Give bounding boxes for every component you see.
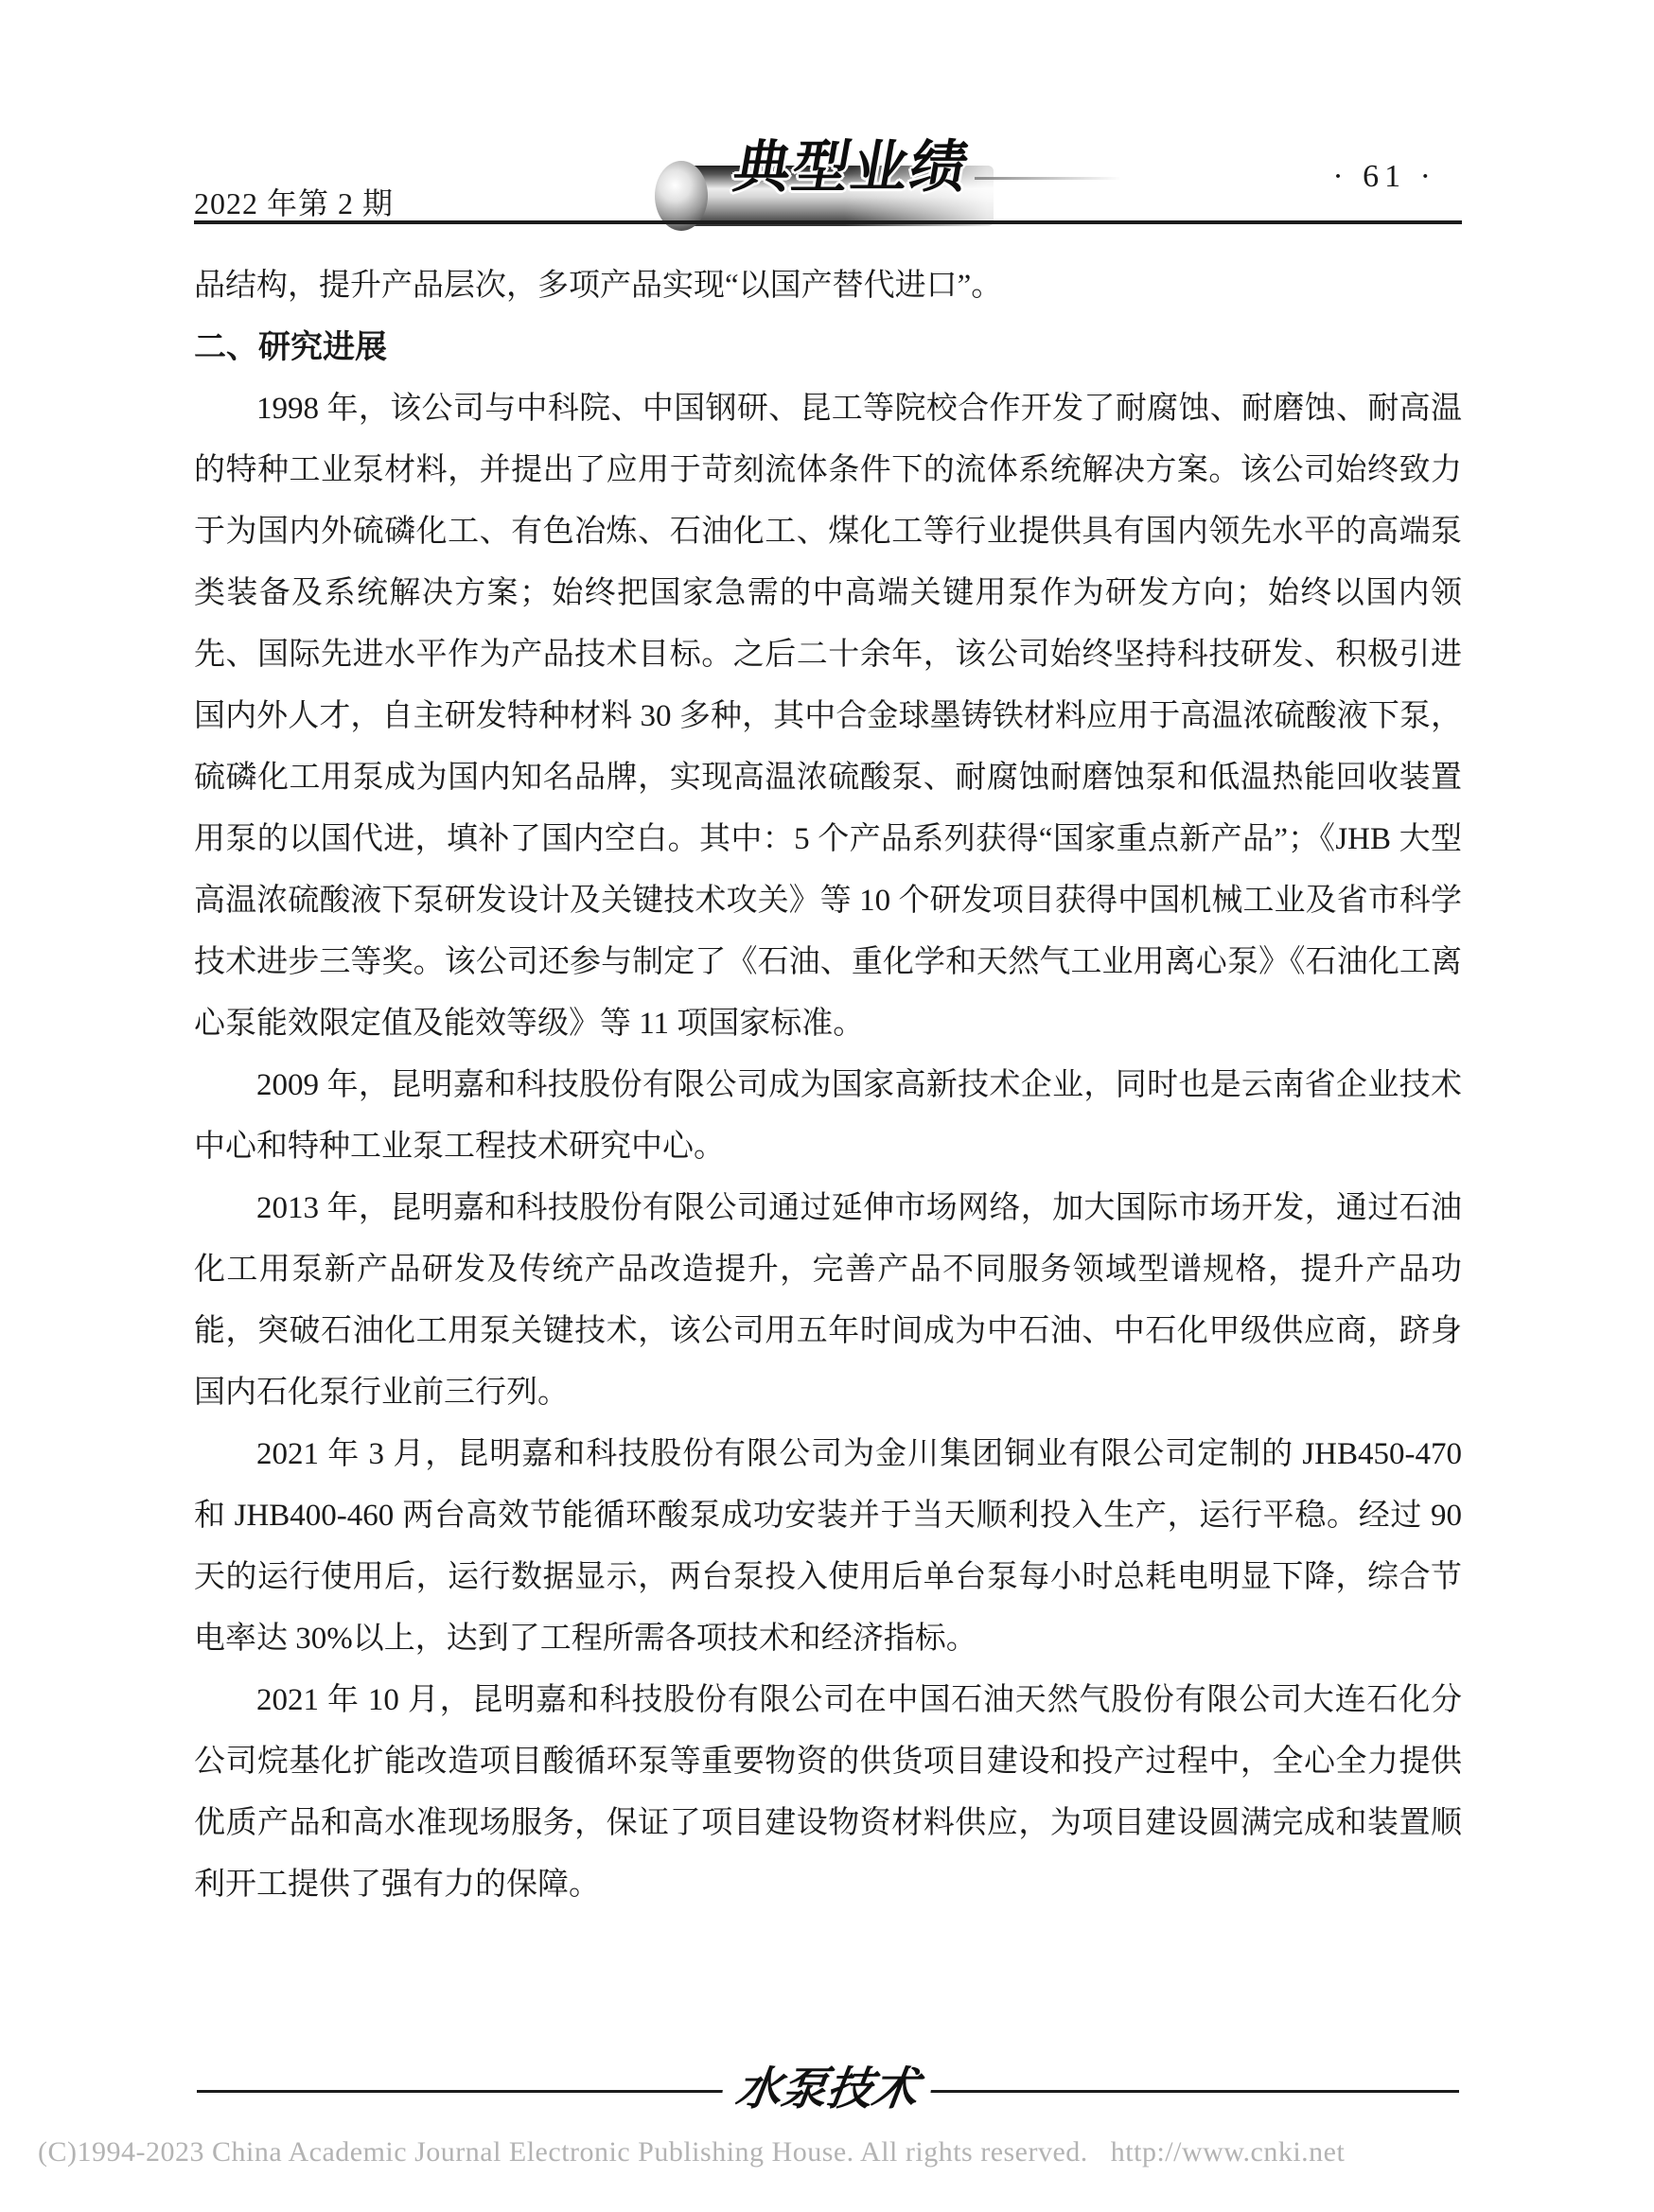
journal-page: 2022 年第 2 期 典型业绩 · 61 · 品结构，提升产品层次，多项产品实… [0,0,1654,2212]
banner-title: 典型业绩 [730,139,975,196]
journal-logo: 水泵技术 [719,2061,935,2117]
article-body: 品结构，提升产品层次，多项产品实现“以国产替代进口”。 二、研究进展 1998 … [194,255,1462,1916]
section-banner: 典型业绩 [653,118,1145,237]
paragraph: 2021 年 10 月，昆明嘉和科技股份有限公司在中国石油天然气股份有限公司大连… [194,1670,1462,1916]
paragraph-continuation: 品结构，提升产品层次，多项产品实现“以国产替代进口”。 [194,255,1462,317]
paragraph: 2009 年，昆明嘉和科技股份有限公司成为国家高新技术企业，同时也是云南省企业技… [194,1055,1462,1178]
section-heading: 二、研究进展 [194,317,1462,378]
header-rule [194,220,1462,224]
issue-label: 2022 年第 2 期 [194,180,394,223]
paragraph: 2021 年 3 月，昆明嘉和科技股份有限公司为金川集团铜业有限公司定制的 JH… [194,1424,1462,1670]
page-number: · 61 · [1332,159,1436,195]
paragraph: 1998 年，该公司与中科院、中国钢研、昆工等院校合作开发了耐腐蚀、耐磨蚀、耐高… [194,378,1462,1055]
copyright-notice: (C)1994-2023 China Academic Journal Elec… [38,2136,1345,2168]
paragraph: 2013 年，昆明嘉和科技股份有限公司通过延伸市场网络，加大国际市场开发，通过石… [194,1178,1462,1424]
banner-streak-top [975,177,1121,180]
